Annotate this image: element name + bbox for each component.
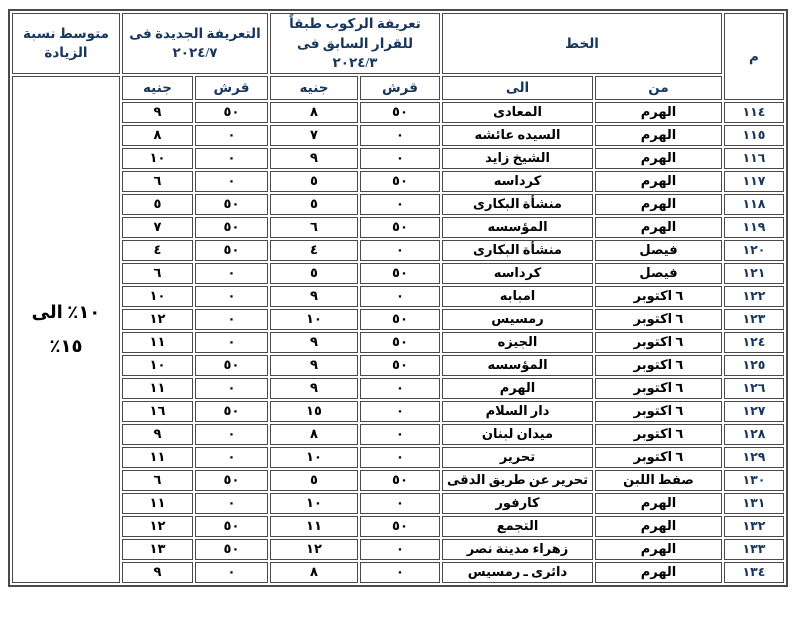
row-to: منشأة البكارى — [442, 194, 593, 215]
header-new-piaster: قرش — [195, 76, 268, 100]
header-line: الخط — [442, 13, 722, 74]
table-row: ١١٦الهرمالشيخ زايد٠٩٠١٠ — [12, 148, 784, 169]
row-old-piaster: ٠ — [360, 286, 440, 307]
row-num: ١٣٣ — [724, 539, 784, 560]
row-from: فيصل — [595, 240, 722, 261]
row-num: ١٢٩ — [724, 447, 784, 468]
row-from: ٦ اكتوبر — [595, 378, 722, 399]
row-from: الهرم — [595, 217, 722, 238]
row-old-piaster: ٠ — [360, 240, 440, 261]
row-new-pound: ١٢ — [122, 516, 193, 537]
table-row: ١٢٤٦ اكتوبرالجيزه٥٠٩٠١١ — [12, 332, 784, 353]
row-old-piaster: ٠ — [360, 148, 440, 169]
row-old-piaster: ٠ — [360, 562, 440, 583]
row-old-pound: ٥ — [270, 470, 358, 491]
row-to: رمسيس — [442, 309, 593, 330]
table-row: ١٢٧٦ اكتوبردار السلام٠١٥٥٠١٦ — [12, 401, 784, 422]
row-old-pound: ١٥ — [270, 401, 358, 422]
table-row: ١١٥الهرمالسيده عائشه٠٧٠٨ — [12, 125, 784, 146]
row-num: ١٢٦ — [724, 378, 784, 399]
row-from: الهرم — [595, 562, 722, 583]
row-new-pound: ٩ — [122, 102, 193, 123]
row-from: الهرم — [595, 102, 722, 123]
row-num: ١١٨ — [724, 194, 784, 215]
row-new-pound: ١٢ — [122, 309, 193, 330]
row-new-pound: ٩ — [122, 424, 193, 445]
row-num: ١٣٤ — [724, 562, 784, 583]
row-from: ٦ اكتوبر — [595, 355, 722, 376]
row-old-piaster: ٥٠ — [360, 332, 440, 353]
row-old-piaster: ٥٠ — [360, 309, 440, 330]
row-new-pound: ٩ — [122, 562, 193, 583]
row-new-piaster: ٠ — [195, 125, 268, 146]
row-new-piaster: ٠ — [195, 171, 268, 192]
row-num: ١١٩ — [724, 217, 784, 238]
row-old-piaster: ٠ — [360, 194, 440, 215]
row-num: ١٢٥ — [724, 355, 784, 376]
row-new-pound: ١٠ — [122, 286, 193, 307]
row-to: المعادى — [442, 102, 593, 123]
row-new-piaster: ٠ — [195, 424, 268, 445]
row-new-pound: ٦ — [122, 263, 193, 284]
row-to: السيده عائشه — [442, 125, 593, 146]
table-row: ١٢٢٦ اكتوبرامبابه٠٩٠١٠ — [12, 286, 784, 307]
row-new-pound: ٦ — [122, 470, 193, 491]
row-from: ٦ اكتوبر — [595, 424, 722, 445]
table-row: ١٢٩٦ اكتوبرتحرير٠١٠٠١١ — [12, 447, 784, 468]
row-num: ١١٧ — [724, 171, 784, 192]
row-new-pound: ١١ — [122, 493, 193, 514]
row-from: الهرم — [595, 194, 722, 215]
tariff-table: م الخط تعريفة الركوب طبقاً للقرار السابق… — [8, 9, 788, 587]
row-new-piaster: ٠ — [195, 493, 268, 514]
header-new-pound: جنيه — [122, 76, 193, 100]
row-from: الهرم — [595, 125, 722, 146]
row-new-pound: ١١ — [122, 332, 193, 353]
table-row: ١٣٢الهرمالتجمع٥٠١١٥٠١٢ — [12, 516, 784, 537]
row-from: ٦ اكتوبر — [595, 309, 722, 330]
row-to: دار السلام — [442, 401, 593, 422]
header-row-2: من الى قرش جنيه قرش جنيه ١٠٪ الى ١٥٪ — [12, 76, 784, 100]
row-new-pound: ٤ — [122, 240, 193, 261]
row-old-piaster: ٠ — [360, 125, 440, 146]
row-from: الهرم — [595, 539, 722, 560]
row-num: ١٢٨ — [724, 424, 784, 445]
row-to: كرداسه — [442, 171, 593, 192]
header-new-tariff: التعريفة الجديدة فى ٢٠٢٤/٧ — [122, 13, 268, 74]
row-new-pound: ٨ — [122, 125, 193, 146]
row-new-piaster: ٥٠ — [195, 102, 268, 123]
row-new-piaster: ٠ — [195, 447, 268, 468]
page: م الخط تعريفة الركوب طبقاً للقرار السابق… — [0, 0, 800, 637]
row-num: ١٢٤ — [724, 332, 784, 353]
row-num: ١٢٠ — [724, 240, 784, 261]
row-old-piaster: ٥٠ — [360, 263, 440, 284]
header-num: م — [724, 13, 784, 100]
table-row: ١٣٠صفط اللبنتحرير عن طريق الدقى٥٠٥٥٠٦ — [12, 470, 784, 491]
header-avg-increase: متوسط نسبة الزيادة — [12, 13, 120, 74]
row-new-piaster: ٠ — [195, 148, 268, 169]
row-old-piaster: ٠ — [360, 424, 440, 445]
row-new-pound: ١٠ — [122, 148, 193, 169]
row-old-pound: ٩ — [270, 332, 358, 353]
row-new-piaster: ٥٠ — [195, 240, 268, 261]
header-from: من — [595, 76, 722, 100]
row-old-piaster: ٥٠ — [360, 102, 440, 123]
header-row-1: م الخط تعريفة الركوب طبقاً للقرار السابق… — [12, 13, 784, 74]
row-old-pound: ٥ — [270, 171, 358, 192]
row-new-pound: ١١ — [122, 378, 193, 399]
row-to: المؤسسه — [442, 355, 593, 376]
row-to: منشأة البكارى — [442, 240, 593, 261]
avg-increase-value: ١٠٪ الى ١٥٪ — [12, 76, 120, 583]
row-old-pound: ٥ — [270, 263, 358, 284]
table-row: ١٢٥٦ اكتوبرالمؤسسه٥٠٩٥٠١٠ — [12, 355, 784, 376]
row-new-piaster: ٥٠ — [195, 217, 268, 238]
table-body: م الخط تعريفة الركوب طبقاً للقرار السابق… — [12, 13, 784, 583]
table-row: ١٢٠فيصلمنشأة البكارى٠٤٥٠٤ — [12, 240, 784, 261]
row-from: الهرم — [595, 516, 722, 537]
row-old-piaster: ٥٠ — [360, 355, 440, 376]
row-to: زهراء مدينة نصر — [442, 539, 593, 560]
header-old-tariff: تعريفة الركوب طبقاً للقرار السابق فى ٢٠٢… — [270, 13, 440, 74]
row-to: كرداسه — [442, 263, 593, 284]
row-to: الهرم — [442, 378, 593, 399]
row-to: امبابه — [442, 286, 593, 307]
row-from: ٦ اكتوبر — [595, 447, 722, 468]
row-to: تحرير عن طريق الدقى — [442, 470, 593, 491]
row-new-piaster: ٥٠ — [195, 539, 268, 560]
row-new-piaster: ٥٠ — [195, 401, 268, 422]
row-new-pound: ١١ — [122, 447, 193, 468]
row-old-pound: ١٠ — [270, 309, 358, 330]
row-num: ١٢٧ — [724, 401, 784, 422]
table-row: ١٢٨٦ اكتوبرميدان لبنان٠٨٠٩ — [12, 424, 784, 445]
row-old-piaster: ٠ — [360, 401, 440, 422]
row-num: ١٣١ — [724, 493, 784, 514]
row-old-piaster: ٠ — [360, 539, 440, 560]
row-old-pound: ١١ — [270, 516, 358, 537]
row-num: ١٢١ — [724, 263, 784, 284]
row-new-piaster: ٥٠ — [195, 194, 268, 215]
table-row: ١٣٤الهرمدائرى ـ رمسيس٠٨٠٩ — [12, 562, 784, 583]
row-new-pound: ٦ — [122, 171, 193, 192]
row-old-pound: ٩ — [270, 378, 358, 399]
row-new-piaster: ٠ — [195, 562, 268, 583]
row-from: فيصل — [595, 263, 722, 284]
row-from: الهرم — [595, 493, 722, 514]
row-num: ١١٥ — [724, 125, 784, 146]
row-new-pound: ٧ — [122, 217, 193, 238]
row-old-piaster: ٠ — [360, 447, 440, 468]
row-from: الهرم — [595, 171, 722, 192]
header-old-pound: جنيه — [270, 76, 358, 100]
row-new-piaster: ٠ — [195, 378, 268, 399]
row-old-pound: ٩ — [270, 355, 358, 376]
row-old-pound: ٨ — [270, 424, 358, 445]
row-old-pound: ٨ — [270, 102, 358, 123]
row-new-pound: ١٠ — [122, 355, 193, 376]
row-to: الشيخ زايد — [442, 148, 593, 169]
row-old-pound: ١٠ — [270, 493, 358, 514]
row-num: ١١٤ — [724, 102, 784, 123]
table-row: ١١٩الهرمالمؤسسه٥٠٦٥٠٧ — [12, 217, 784, 238]
row-old-pound: ٩ — [270, 286, 358, 307]
table-row: ١٢٣٦ اكتوبررمسيس٥٠١٠٠١٢ — [12, 309, 784, 330]
table-row: ١٢١فيصلكرداسه٥٠٥٠٦ — [12, 263, 784, 284]
row-new-piaster: ٥٠ — [195, 516, 268, 537]
row-old-pound: ٤ — [270, 240, 358, 261]
row-from: ٦ اكتوبر — [595, 332, 722, 353]
row-old-pound: ١٠ — [270, 447, 358, 468]
row-num: ١٢٣ — [724, 309, 784, 330]
row-to: تحرير — [442, 447, 593, 468]
row-new-pound: ٥ — [122, 194, 193, 215]
table-row: ١١٧الهرمكرداسه٥٠٥٠٦ — [12, 171, 784, 192]
row-new-piaster: ٠ — [195, 309, 268, 330]
header-to: الى — [442, 76, 593, 100]
row-old-piaster: ٥٠ — [360, 171, 440, 192]
row-old-pound: ١٢ — [270, 539, 358, 560]
table-row: ١١٨الهرممنشأة البكارى٠٥٥٠٥ — [12, 194, 784, 215]
row-from: ٦ اكتوبر — [595, 401, 722, 422]
row-new-piaster: ٠ — [195, 286, 268, 307]
row-to: ميدان لبنان — [442, 424, 593, 445]
row-old-piaster: ٥٠ — [360, 217, 440, 238]
table-row: ١٣١الهرمكارفور٠١٠٠١١ — [12, 493, 784, 514]
row-from: صفط اللبن — [595, 470, 722, 491]
row-to: التجمع — [442, 516, 593, 537]
row-new-pound: ١٦ — [122, 401, 193, 422]
row-to: دائرى ـ رمسيس — [442, 562, 593, 583]
row-old-piaster: ٠ — [360, 493, 440, 514]
row-to: المؤسسه — [442, 217, 593, 238]
row-num: ١٣٠ — [724, 470, 784, 491]
row-old-pound: ٥ — [270, 194, 358, 215]
table-row: ١٣٣الهرمزهراء مدينة نصر٠١٢٥٠١٣ — [12, 539, 784, 560]
row-new-piaster: ٠ — [195, 332, 268, 353]
row-new-piaster: ٠ — [195, 263, 268, 284]
row-old-pound: ٨ — [270, 562, 358, 583]
table-row: ١٢٦٦ اكتوبرالهرم٠٩٠١١ — [12, 378, 784, 399]
row-to: كارفور — [442, 493, 593, 514]
row-new-piaster: ٥٠ — [195, 470, 268, 491]
table-row: ١١٤الهرمالمعادى٥٠٨٥٠٩ — [12, 102, 784, 123]
row-num: ١٢٢ — [724, 286, 784, 307]
row-new-piaster: ٥٠ — [195, 355, 268, 376]
row-from: الهرم — [595, 148, 722, 169]
row-from: ٦ اكتوبر — [595, 286, 722, 307]
row-old-pound: ٩ — [270, 148, 358, 169]
row-old-pound: ٧ — [270, 125, 358, 146]
row-to: الجيزه — [442, 332, 593, 353]
row-old-piaster: ٥٠ — [360, 470, 440, 491]
row-num: ١٣٢ — [724, 516, 784, 537]
row-num: ١١٦ — [724, 148, 784, 169]
row-old-pound: ٦ — [270, 217, 358, 238]
row-old-piaster: ٠ — [360, 378, 440, 399]
row-old-piaster: ٥٠ — [360, 516, 440, 537]
header-old-piaster: قرش — [360, 76, 440, 100]
row-new-pound: ١٣ — [122, 539, 193, 560]
